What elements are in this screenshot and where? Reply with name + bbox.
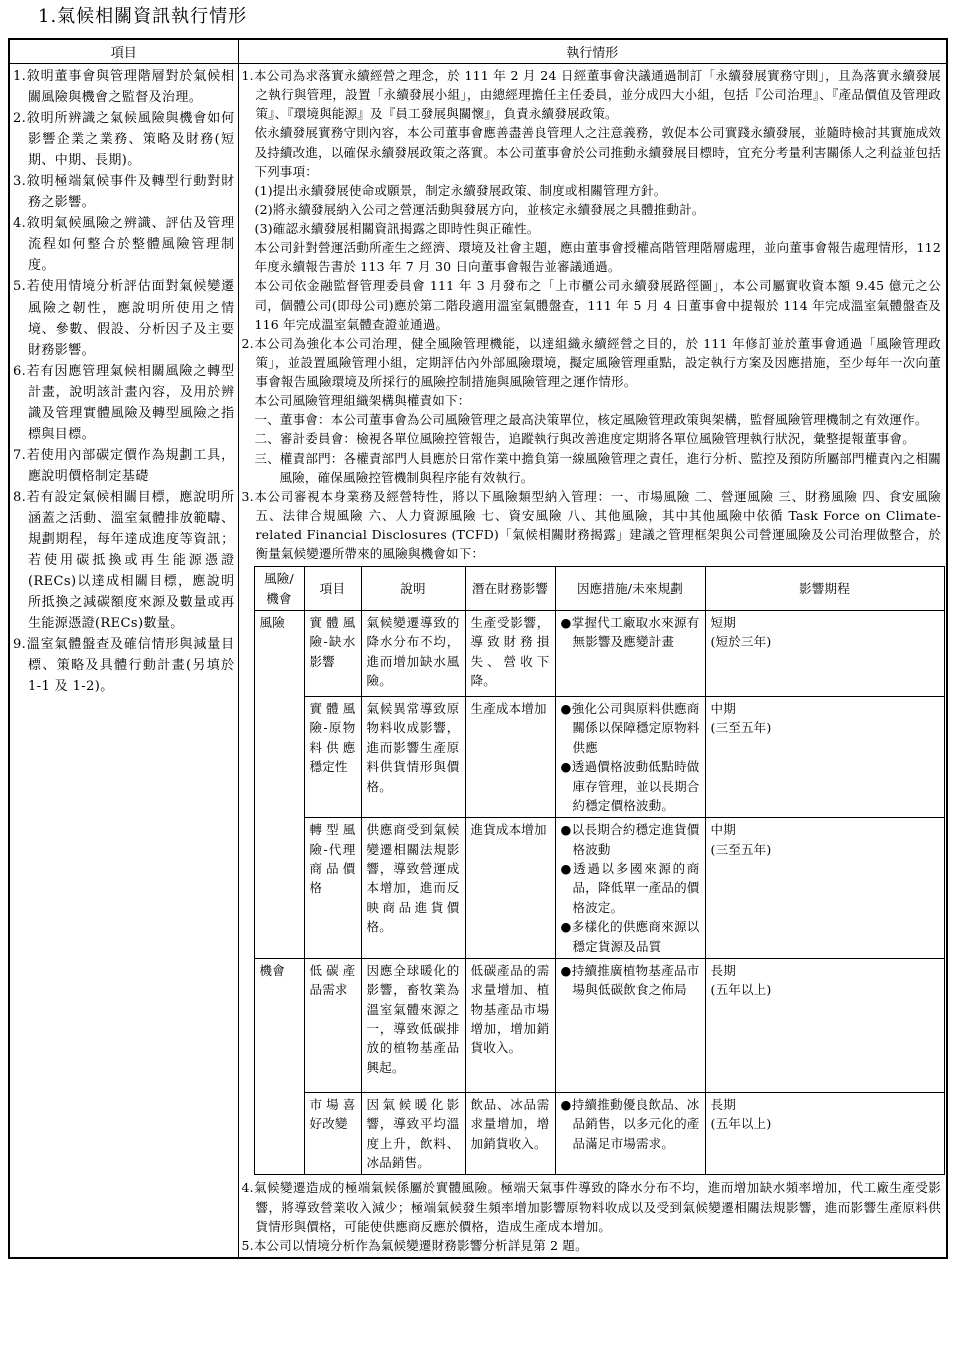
horizon-term: 短期 xyxy=(711,613,939,632)
risk-row: 市場喜好改變因氣候暖化影響，導致平均溫度上升，飲料、冰品銷售。飲品、冰品需求量增… xyxy=(254,1092,944,1175)
horizon-range: (五年以上) xyxy=(711,1114,939,1133)
measure-bullet: ●持續推動優良飲品、冰品銷售，以多元化的產品滿足市場需求。 xyxy=(561,1095,700,1153)
risk-description-cell: 氣候異常導致原物料收成影響，進而影響生產原料供貨情形與價格。 xyxy=(361,697,465,818)
paragraph: 2.本公司為強化本公司治理，健全風險管理機能，以達組織永續經營之目的，於 111… xyxy=(242,334,942,391)
risk-item-cell: 低碳產品需求 xyxy=(304,958,361,1092)
risk-financial-impact-cell: 進貨成本增加 xyxy=(465,818,555,959)
risk-row: 風險實體風險-缺水影響氣候變遷導致的降水分布不均，進而增加缺水風險。生產受影響，… xyxy=(254,611,944,697)
measure-bullet: ●多樣化的供應商來源以穩定貨源及品質 xyxy=(561,917,700,956)
measure-bullet: ●透過以多國來源的商品，降低單一產品的價格波定。 xyxy=(561,859,700,917)
paragraph: 依永續發展實務守則內容，本公司董事會應善盡善良管理人之注意義務，敦促本公司實踐永… xyxy=(242,123,942,180)
risk-description-cell: 氣候變遷導致的降水分布不均，進而增加缺水風險。 xyxy=(361,611,465,697)
paragraph: 5.本公司以情境分析作為氣候變遷財務影響分析詳見第 2 題。 xyxy=(242,1236,942,1255)
horizon-term: 長期 xyxy=(711,961,939,980)
list-item: 9.溫室氣體盤查及確信情形與減量目標、策略及具體行動計畫(另填於 1-1 及 1… xyxy=(13,634,235,697)
measure-bullet: ●強化公司與原料供應商關係以保障穩定原物料供應 xyxy=(561,699,700,757)
paragraph: (2)將永續發展納入公司之營運活動與發展方向，並核定永續發展之具體推動計。 xyxy=(242,200,942,219)
paragraph: 本公司風險管理組織架構與權責如下： xyxy=(242,391,942,410)
risk-group-label: 機會 xyxy=(254,958,304,1175)
risk-item-cell: 市場喜好改變 xyxy=(304,1092,361,1175)
measure-bullet: ●以長期合約穩定進貨價格波動 xyxy=(561,820,700,859)
risk-measures-cell: ●以長期合約穩定進貨價格波動●透過以多國來源的商品，降低單一產品的價格波定。●多… xyxy=(555,818,705,959)
main-table-body-row: 1.敘明董事會與管理階層對於氣候相關風險與機會之監督及治理。2.敘明所辨識之氣候… xyxy=(9,64,947,1258)
risk-item-cell: 實體風險-缺水影響 xyxy=(304,611,361,697)
document-page: 1.氣候相關資訊執行情形 項目 執行情形 1.敘明董事會與管理階層對於氣候相關風… xyxy=(0,0,955,1359)
main-table-header-row: 項目 執行情形 xyxy=(9,39,947,64)
paragraph: 一、董事會：本公司董事會為公司風險管理之最高決策單位，核定風險管理政策與架構，監… xyxy=(242,410,942,429)
risk-horizon-cell: 長期(五年以上) xyxy=(705,1092,944,1175)
paragraph: 3.本公司審視本身業務及經營特性，將以下風險類型納入管理：一、市場風險 二、營運… xyxy=(242,487,942,564)
column-header-execution: 執行情形 xyxy=(238,39,947,64)
list-item: 1.敘明董事會與管理階層對於氣候相關風險與機會之監督及治理。 xyxy=(13,66,235,108)
list-item: 6.若有因應管理氣候相關風險之轉型計畫，說明該計畫內容，及用於辨識及管理實體風險… xyxy=(13,361,235,445)
horizon-term: 長期 xyxy=(711,1095,939,1114)
paragraph: 二、審計委員會：檢視各單位風險控管報告，追蹤執行與改善進度定期將各單位風險管理執… xyxy=(242,429,942,448)
execution-paragraphs-after: 4.氣候變遷造成的極端氣候係屬於實體風險。極端天氣事件導致的降水分布不均，進而增… xyxy=(242,1178,942,1255)
main-table: 項目 執行情形 1.敘明董事會與管理階層對於氣候相關風險與機會之監督及治理。2.… xyxy=(8,38,948,1259)
horizon-range: (三至五年) xyxy=(711,718,939,737)
risk-row: 實體風險-原物料供應穩定性氣候異常導致原物料收成影響，進而影響生產原料供貨情形與… xyxy=(254,697,944,818)
horizon-term: 中期 xyxy=(711,820,939,839)
risk-table-header-cell: 說明 xyxy=(361,567,465,611)
items-list: 1.敘明董事會與管理階層對於氣候相關風險與機會之監督及治理。2.敘明所辨識之氣候… xyxy=(13,66,235,697)
risk-group-label: 風險 xyxy=(254,611,304,959)
page-title: 1.氣候相關資訊執行情形 xyxy=(38,2,247,28)
risk-horizon-cell: 長期(五年以上) xyxy=(705,958,944,1092)
execution-column-cell: 1.本公司為求落實永續經營之理念，於 111 年 2 月 24 日經董事會決議通… xyxy=(238,64,947,1258)
horizon-range: (三至五年) xyxy=(711,840,939,859)
list-item: 7.若使用內部碳定價作為規劃工具，應說明價格制定基礎 xyxy=(13,445,235,487)
risk-item-cell: 實體風險-原物料供應穩定性 xyxy=(304,697,361,818)
paragraph: (3)確認永續發展相關資訊揭露之即時性與正確性。 xyxy=(242,219,942,238)
risk-financial-impact-cell: 生產受影響，導致財務損失、營收下降。 xyxy=(465,611,555,697)
items-column-cell: 1.敘明董事會與管理階層對於氣候相關風險與機會之監督及治理。2.敘明所辨識之氣候… xyxy=(9,64,238,1258)
risk-financial-impact-cell: 生產成本增加 xyxy=(465,697,555,818)
risk-description-cell: 因氣候暖化影響，導致平均溫度上升，飲料、冰品銷售。 xyxy=(361,1092,465,1175)
risk-table-header-row: 風險/機會項目說明潛在財務影響因應措施/未來規劃影響期程 xyxy=(254,567,944,611)
risk-opportunity-table: 風險/機會項目說明潛在財務影響因應措施/未來規劃影響期程 風險實體風險-缺水影響… xyxy=(254,566,945,1175)
risk-measures-cell: ●掌握代工廠取水來源有無影響及應變計畫 xyxy=(555,611,705,697)
risk-measures-cell: ●持續推動優良飲品、冰品銷售，以多元化的產品滿足市場需求。 xyxy=(555,1092,705,1175)
measure-bullet: ●透過價格波動低點時做庫存管理，並以長期合約穩定價格波動。 xyxy=(561,757,700,815)
risk-financial-impact-cell: 飲品、冰品需求量增加，增加銷貨收入。 xyxy=(465,1092,555,1175)
risk-table-header-cell: 項目 xyxy=(304,567,361,611)
column-header-items: 項目 xyxy=(9,39,238,64)
risk-horizon-cell: 中期(三至五年) xyxy=(705,697,944,818)
horizon-range: (五年以上) xyxy=(711,980,939,999)
risk-item-cell: 轉型風險-代理商品價格 xyxy=(304,818,361,959)
risk-description-cell: 供應商受到氣候變遷相關法規影響，導致營運成本增加，進而反映商品進貨價格。 xyxy=(361,818,465,959)
paragraph: 1.本公司為求落實永續經營之理念，於 111 年 2 月 24 日經董事會決議通… xyxy=(242,66,942,123)
list-item: 3.敘明極端氣候事件及轉型行動對財務之影響。 xyxy=(13,171,235,213)
list-item: 5.若使用情境分析評估面對氣候變遷風險之韌性，應說明所使用之情境、參數、假設、分… xyxy=(13,276,235,360)
risk-financial-impact-cell: 低碳產品的需求量增加、植物基產品市場增加，增加銷貨收入。 xyxy=(465,958,555,1092)
risk-measures-cell: ●強化公司與原料供應商關係以保障穩定原物料供應●透過價格波動低點時做庫存管理，並… xyxy=(555,697,705,818)
risk-table-header-cell: 影響期程 xyxy=(705,567,944,611)
measure-bullet: ●持續推廣植物基產品市場與低碳飲食之佈局 xyxy=(561,961,700,1000)
horizon-term: 中期 xyxy=(711,699,939,718)
paragraph: 4.氣候變遷造成的極端氣候係屬於實體風險。極端天氣事件導致的降水分布不均，進而增… xyxy=(242,1178,942,1235)
risk-row: 轉型風險-代理商品價格供應商受到氣候變遷相關法規影響，導致營運成本增加，進而反映… xyxy=(254,818,944,959)
measure-bullet: ●掌握代工廠取水來源有無影響及應變計畫 xyxy=(561,613,700,652)
risk-table-header-cell: 風險/機會 xyxy=(254,567,304,611)
risk-row: 機會低碳產品需求因應全球暖化的影響，畜牧業為溫室氣體來源之一，導致低碳排放的植物… xyxy=(254,958,944,1092)
list-item: 2.敘明所辨識之氣候風險與機會如何影響企業之業務、策略及財務(短期、中期、長期)… xyxy=(13,108,235,171)
paragraph: 本公司針對營運活動所產生之經濟、環境及社會主題，應由董事會授權高階管理階層處理，… xyxy=(242,238,942,276)
paragraph: 三、權責部門：各權責部門人員應於日常作業中擔負第一線風險管理之責任，進行分析、監… xyxy=(242,449,942,487)
risk-measures-cell: ●持續推廣植物基產品市場與低碳飲食之佈局 xyxy=(555,958,705,1092)
risk-horizon-cell: 中期(三至五年) xyxy=(705,818,944,959)
risk-table-header-cell: 因應措施/未來規劃 xyxy=(555,567,705,611)
paragraph: 本公司依金融監督管理委員會 111 年 3 月發布之「上市櫃公司永續發展路徑圖」… xyxy=(242,276,942,333)
execution-paragraphs-before: 1.本公司為求落實永續經營之理念，於 111 年 2 月 24 日經董事會決議通… xyxy=(242,66,942,563)
horizon-range: (短於三年) xyxy=(711,632,939,651)
list-item: 8.若有設定氣候相關目標，應說明所涵蓋之活動、溫室氣體排放範疇、規劃期程，每年達… xyxy=(13,487,235,634)
risk-table-header-cell: 潛在財務影響 xyxy=(465,567,555,611)
risk-table-body: 風險實體風險-缺水影響氣候變遷導致的降水分布不均，進而增加缺水風險。生產受影響，… xyxy=(254,611,944,1175)
risk-horizon-cell: 短期(短於三年) xyxy=(705,611,944,697)
paragraph: (1)提出永續發展使命或願景，制定永續發展政策、制度或相關管理方針。 xyxy=(242,181,942,200)
risk-description-cell: 因應全球暖化的影響，畜牧業為溫室氣體來源之一，導致低碳排放的植物基產品興起。 xyxy=(361,958,465,1092)
list-item: 4.敘明氣候風險之辨識、評估及管理流程如何整合於整體風險管理制度。 xyxy=(13,213,235,276)
